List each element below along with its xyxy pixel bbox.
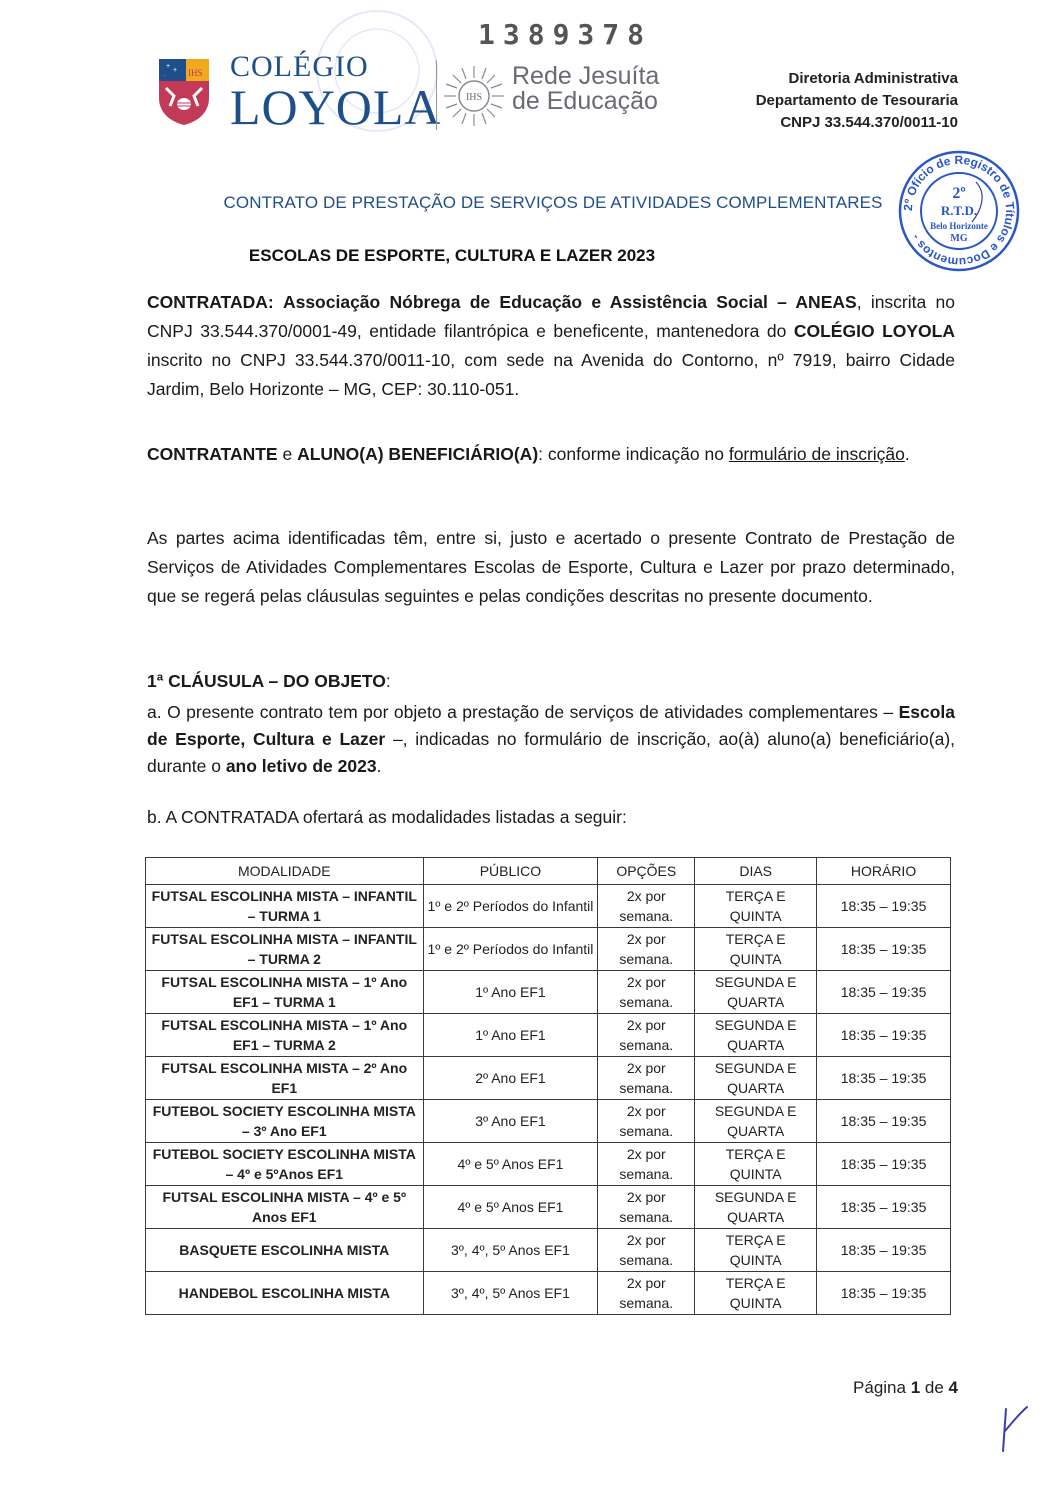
page-current: 1 xyxy=(911,1378,920,1397)
document-number: 1389378 xyxy=(478,18,652,51)
cell-dias: SEGUNDA E QUARTA xyxy=(695,1186,817,1229)
cell-modalidade: FUTSAL ESCOLINHA MISTA – INFANTIL – TURM… xyxy=(146,928,424,971)
cell-horario: 18:35 – 19:35 xyxy=(817,971,951,1014)
table-row: FUTSAL ESCOLINHA MISTA – INFANTIL – TURM… xyxy=(146,885,951,928)
cell-dias: TERÇA E QUINTA xyxy=(695,1272,817,1315)
clause-a-bold-2: ano letivo de 2023 xyxy=(226,756,377,776)
cell-opcoes: 2x por semana. xyxy=(598,1229,695,1272)
cell-horario: 18:35 – 19:35 xyxy=(817,885,951,928)
colegio-loyola-shield-icon: + + · IHS xyxy=(158,58,210,126)
cell-horario: 18:35 – 19:35 xyxy=(817,1014,951,1057)
cell-modalidade: FUTSAL ESCOLINHA MISTA – 2º Ano EF1 xyxy=(146,1057,424,1100)
svg-text:IHS: IHS xyxy=(188,68,203,78)
cell-dias: SEGUNDA E QUARTA xyxy=(695,1014,817,1057)
page-number: Página 1 de 4 xyxy=(853,1378,958,1398)
contratada-entity: Associação Nóbrega de Educação e Assistê… xyxy=(283,292,857,312)
contratada-text-2: inscrito no CNPJ 33.544.370/0011-10, com… xyxy=(147,350,955,399)
intro-paragraph: As partes acima identificadas têm, entre… xyxy=(147,524,955,611)
cell-publico: 3º Ano EF1 xyxy=(423,1100,598,1143)
contratante-paragraph: CONTRATANTE e ALUNO(A) BENEFICIÁRIO(A): … xyxy=(147,440,955,469)
cell-modalidade: FUTEBOL SOCIETY ESCOLINHA MISTA – 4º e 5… xyxy=(146,1143,424,1186)
svg-text:IHS: IHS xyxy=(466,92,482,103)
contratante-conj: e xyxy=(278,444,297,464)
cell-horario: 18:35 – 19:35 xyxy=(817,1057,951,1100)
page-mid: de xyxy=(920,1378,948,1397)
contratada-paragraph: CONTRATADA: Associação Nóbrega de Educaç… xyxy=(147,288,955,404)
cell-publico: 1º e 2º Períodos do Infantil xyxy=(423,928,598,971)
cell-opcoes: 2x por semana. xyxy=(598,1272,695,1315)
table-row: FUTSAL ESCOLINHA MISTA – 4º e 5º Anos EF… xyxy=(146,1186,951,1229)
clause-1-title: 1ª CLÁUSULA – DO OBJETO: xyxy=(147,667,955,696)
contratada-school: COLÉGIO LOYOLA xyxy=(794,321,955,341)
clause-1-title-colon: : xyxy=(386,671,391,691)
cell-publico: 4º e 5º Anos EF1 xyxy=(423,1186,598,1229)
cell-publico: 2º Ano EF1 xyxy=(423,1057,598,1100)
logo-line-2: LOYOLA xyxy=(230,82,442,132)
page-prefix: Página xyxy=(853,1378,911,1397)
clause-1-title-text: 1ª CLÁUSULA – DO OBJETO xyxy=(147,671,386,691)
cell-opcoes: 2x por semana. xyxy=(598,1143,695,1186)
cell-dias: TERÇA E QUINTA xyxy=(695,885,817,928)
header-department-info: Diretoria Administrativa Departamento de… xyxy=(756,68,958,134)
cell-horario: 18:35 – 19:35 xyxy=(817,928,951,971)
table-row: FUTEBOL SOCIETY ESCOLINHA MISTA – 3º Ano… xyxy=(146,1100,951,1143)
cell-modalidade: FUTSAL ESCOLINHA MISTA – INFANTIL – TURM… xyxy=(146,885,424,928)
table-header-row: MODALIDADE PÚBLICO OPÇÕES DIAS HORÁRIO xyxy=(146,858,951,885)
handwritten-initials-icon xyxy=(1000,1405,1030,1453)
table-row: FUTSAL ESCOLINHA MISTA – INFANTIL – TURM… xyxy=(146,928,951,971)
cell-publico: 3º, 4º, 5º Anos EF1 xyxy=(423,1229,598,1272)
cell-opcoes: 2x por semana. xyxy=(598,1014,695,1057)
table-row: FUTSAL ESCOLINHA MISTA – 1º Ano EF1 – TU… xyxy=(146,971,951,1014)
cell-opcoes: 2x por semana. xyxy=(598,885,695,928)
page-total: 4 xyxy=(949,1378,958,1397)
svg-text:+: + xyxy=(166,63,170,70)
rede-jesuita-logo-text: Rede Jesuíta de Educação xyxy=(512,64,659,114)
contratante-label: CONTRATANTE xyxy=(147,444,278,464)
table-row: FUTSAL ESCOLINHA MISTA – 2º Ano EF12º An… xyxy=(146,1057,951,1100)
cell-publico: 1º e 2º Períodos do Infantil xyxy=(423,885,598,928)
cell-opcoes: 2x por semana. xyxy=(598,1057,695,1100)
cell-horario: 18:35 – 19:35 xyxy=(817,1272,951,1315)
beneficiary-label: ALUNO(A) BENEFICIÁRIO(A) xyxy=(297,444,538,464)
registration-form-reference: formulário de inscrição xyxy=(729,444,905,464)
contratante-text: : conforme indicação no xyxy=(538,444,729,464)
cell-dias: TERÇA E QUINTA xyxy=(695,1229,817,1272)
cell-publico: 1º Ano EF1 xyxy=(423,971,598,1014)
cell-horario: 18:35 – 19:35 xyxy=(817,1186,951,1229)
jesuit-sun-emblem-icon: IHS xyxy=(442,64,506,128)
cell-dias: TERÇA E QUINTA xyxy=(695,1143,817,1186)
header-department: Departamento de Tesouraria xyxy=(756,90,958,112)
table-row: HANDEBOL ESCOLINHA MISTA3º, 4º, 5º Anos … xyxy=(146,1272,951,1315)
clause-1-item-b: b. A CONTRATADA ofertará as modalidades … xyxy=(147,803,955,832)
header-opcoes: OPÇÕES xyxy=(598,858,695,885)
clause-a-end: . xyxy=(377,756,382,776)
cell-opcoes: 2x por semana. xyxy=(598,1100,695,1143)
rede-line-1: Rede Jesuíta xyxy=(512,64,659,89)
header-cnpj: CNPJ 33.544.370/0011-10 xyxy=(756,112,958,134)
contract-page: 1389378 + + · IHS COLÉGIO LOYOLA IHS xyxy=(0,0,1058,1497)
cell-publico: 1º Ano EF1 xyxy=(423,1014,598,1057)
table-body: FUTSAL ESCOLINHA MISTA – INFANTIL – TURM… xyxy=(146,885,951,1315)
contract-subtitle: ESCOLAS DE ESPORTE, CULTURA E LAZER 2023 xyxy=(0,246,904,266)
colegio-loyola-logo: COLÉGIO LOYOLA xyxy=(230,52,442,132)
svg-text:MG: MG xyxy=(950,233,967,244)
rede-line-2: de Educação xyxy=(512,89,659,114)
table-row: FUTEBOL SOCIETY ESCOLINHA MISTA – 4º e 5… xyxy=(146,1143,951,1186)
modalities-table: MODALIDADE PÚBLICO OPÇÕES DIAS HORÁRIO F… xyxy=(145,857,951,1315)
cell-horario: 18:35 – 19:35 xyxy=(817,1229,951,1272)
header-modalidade: MODALIDADE xyxy=(146,858,424,885)
logo-divider xyxy=(436,60,437,130)
contratante-end: . xyxy=(905,444,910,464)
cell-modalidade: HANDEBOL ESCOLINHA MISTA xyxy=(146,1272,424,1315)
svg-text:+: + xyxy=(173,67,177,74)
table-row: FUTSAL ESCOLINHA MISTA – 1º Ano EF1 – TU… xyxy=(146,1014,951,1057)
cell-opcoes: 2x por semana. xyxy=(598,928,695,971)
header-dias: DIAS xyxy=(695,858,817,885)
cell-horario: 18:35 – 19:35 xyxy=(817,1100,951,1143)
clause-a-text-1: a. O presente contrato tem por objeto a … xyxy=(147,702,899,722)
contract-title: CONTRATO DE PRESTAÇÃO DE SERVIÇOS DE ATI… xyxy=(0,193,1058,213)
cell-dias: TERÇA E QUINTA xyxy=(695,928,817,971)
cell-publico: 3º, 4º, 5º Anos EF1 xyxy=(423,1272,598,1315)
header-publico: PÚBLICO xyxy=(423,858,598,885)
cell-dias: SEGUNDA E QUARTA xyxy=(695,1100,817,1143)
cell-modalidade: FUTSAL ESCOLINHA MISTA – 1º Ano EF1 – TU… xyxy=(146,1014,424,1057)
header-horario: HORÁRIO xyxy=(817,858,951,885)
cell-dias: SEGUNDA E QUARTA xyxy=(695,1057,817,1100)
table-row: BASQUETE ESCOLINHA MISTA3º, 4º, 5º Anos … xyxy=(146,1229,951,1272)
contratada-label: CONTRATADA: xyxy=(147,292,274,312)
cell-modalidade: BASQUETE ESCOLINHA MISTA xyxy=(146,1229,424,1272)
cell-modalidade: FUTSAL ESCOLINHA MISTA – 1º Ano EF1 – TU… xyxy=(146,971,424,1014)
cell-horario: 18:35 – 19:35 xyxy=(817,1143,951,1186)
cell-opcoes: 2x por semana. xyxy=(598,1186,695,1229)
cell-dias: SEGUNDA E QUARTA xyxy=(695,971,817,1014)
header-directorate: Diretoria Administrativa xyxy=(756,68,958,90)
logo-line-1: COLÉGIO xyxy=(230,52,442,82)
cell-modalidade: FUTSAL ESCOLINHA MISTA – 4º e 5º Anos EF… xyxy=(146,1186,424,1229)
svg-text:Belo Horizonte: Belo Horizonte xyxy=(930,221,988,231)
cell-opcoes: 2x por semana. xyxy=(598,971,695,1014)
clause-1-item-a: a. O presente contrato tem por objeto a … xyxy=(147,699,955,780)
cell-publico: 4º e 5º Anos EF1 xyxy=(423,1143,598,1186)
cell-modalidade: FUTEBOL SOCIETY ESCOLINHA MISTA – 3º Ano… xyxy=(146,1100,424,1143)
